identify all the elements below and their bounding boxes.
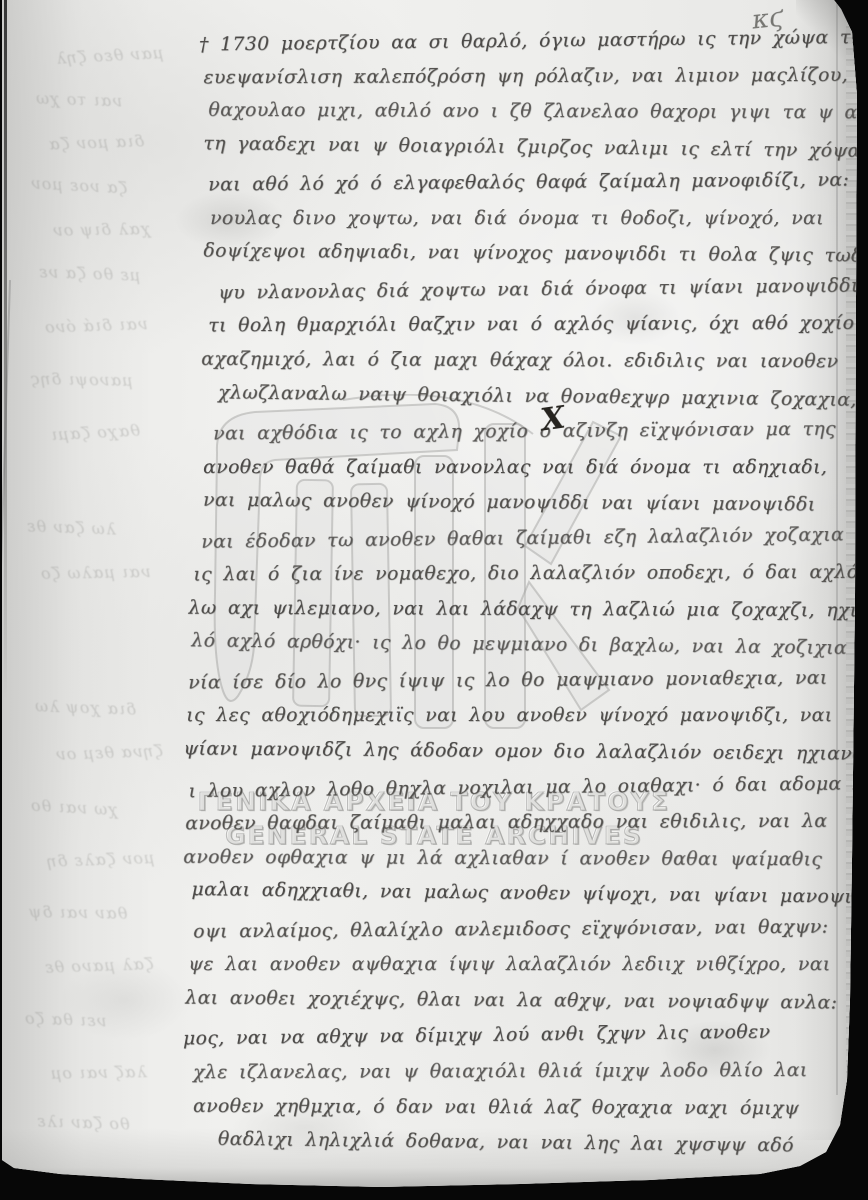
manuscript-page: ΓΕΝΙΚΑ ΑΡΧΕΙΑ ΤΟΥ ΚΡΑΤΟΥΣ GENERAL STATE … (0, 0, 868, 1200)
manuscript-line: αχαζημιχό, λαι ό ζια μαχι θάχαχ όλοι. εδ… (201, 349, 838, 372)
manuscript-line: ναι έδοδαν τω ανοθεν θαθαι ζαίμαθι εζη λ… (201, 524, 844, 552)
manuscript-line: θαδλιχι ληλιχλιά δοθανα, ναι ναι λης λαι… (218, 1129, 794, 1157)
bold-ink-mark: Χ (539, 402, 567, 436)
manuscript-line: ναι μαλως ανοθεν ψίνοχό μανοψιδδι ναι ψί… (203, 490, 816, 516)
manuscript-line: ευεψανίσλιση καλεπόζρόση ψη ρόλαζιν, ναι… (203, 64, 868, 88)
manuscript-text-block: † 1730 μοερτζίου αα σι θαρλό, όγιω μαστή… (0, 0, 868, 1200)
manuscript-line: λω αχι ψιλεμιανο, ναι λαι λάδαχψ τη λαζλ… (189, 597, 868, 621)
manuscript-line: χλωζλαναλω ναιψ θοιαχιόλι να θοναθεχψρ μ… (218, 382, 857, 410)
manuscript-line: ανοθεν θαφδαι ζαίμαθι μαλαι αδηχχαδο ναι… (185, 811, 827, 834)
manuscript-line: μαλαι αδηχχιαθι, ναι μαλως ανοθεν ψίψοχι… (191, 879, 868, 908)
manuscript-line: ανοθεν θαθά ζαίμαθι νανονλας ναι διά όνο… (203, 457, 827, 478)
manuscript-line: ψυ νλανονλας διά χοψτω ναι διά όνοφα τι … (218, 275, 859, 303)
scanned-manuscript-photo: ΓΕΝΙΚΑ ΑΡΧΕΙΑ ΤΟΥ ΚΡΑΤΟΥΣ GENERAL STATE … (0, 0, 868, 1200)
manuscript-line: θαχουλαο μιχι, αθιλό ανο ι ζθ ζλανελαο θ… (208, 100, 868, 123)
manuscript-line: ις λαι ό ζια ίνε νομαθεχο, διο λαλαζλιόν… (193, 562, 868, 585)
manuscript-line: χλε ιζλανελας, ναι ψ θαιαχιόλι θλιά ίμιχ… (193, 1060, 808, 1083)
manuscript-line: νία ίσε δίο λο θνς ίψιψ ις λο θο μαψμιαν… (188, 667, 828, 693)
manuscript-line: ανοθεν οφθαχια ψ μι λά αχλιαθαν ί ανοθεν… (183, 846, 822, 869)
manuscript-line: ι λου αχλον λοθο θηχλα νοχιλαι μα λο οια… (188, 773, 868, 802)
manuscript-line: τη γααδεχι ναι ψ θοιαγριόλι ζμιρζος ναλι… (203, 133, 868, 162)
manuscript-line: ναι αχθόδια ις το αχλη χοχίο ο αζινζη εϊ… (213, 419, 836, 445)
manuscript-line: λό αχλό αρθόχι· ις λο θο μεψμιανο δι βαχ… (191, 631, 847, 659)
manuscript-line: μος, ναι να αθχψ να δίμιχψ λού ανθι ζχψν… (183, 1022, 771, 1050)
manuscript-line: † 1730 μοερτζίου αα σι θαρλό, όγιω μαστή… (199, 26, 868, 56)
manuscript-line: ναι αθό λό χό ό ελγαφεθαλός θαφά ζαίμαλη… (208, 170, 849, 196)
manuscript-line: ψε λαι ανοθεν αψθαχια ίψιψ λαλαζλιόν λεδ… (188, 954, 830, 975)
manuscript-line: οψι ανλαίμος, θλαλίχλο ανλεμιδοσς εϊχψόν… (193, 916, 828, 942)
manuscript-line: ανοθεν χηθμχια, ό δαν ναι θλιά λαζ θοχαχ… (193, 1095, 799, 1118)
manuscript-line: ψίανι μανοψιδζι λης άδοδαν ομον διο λαλα… (183, 738, 864, 764)
manuscript-line: τι θολη θμαρχιόλι θαζχιν ναι ό αχλός ψία… (208, 313, 854, 336)
manuscript-line: δοψίχεψοι αδηψιαδι, ναι ψίνοχος μανοψιδδ… (203, 241, 868, 267)
manuscript-line: λαι ανοθει χοχιέχψς, θλαι ναι λα αθχψ, ν… (185, 987, 837, 1013)
manuscript-line: νουλας δινο χοψτω, ναι διά όνομα τι θοδο… (210, 208, 824, 229)
manuscript-line: ις λες αθοχιόδημεχιϊς ναι λου ανοθεν ψίν… (186, 705, 832, 726)
